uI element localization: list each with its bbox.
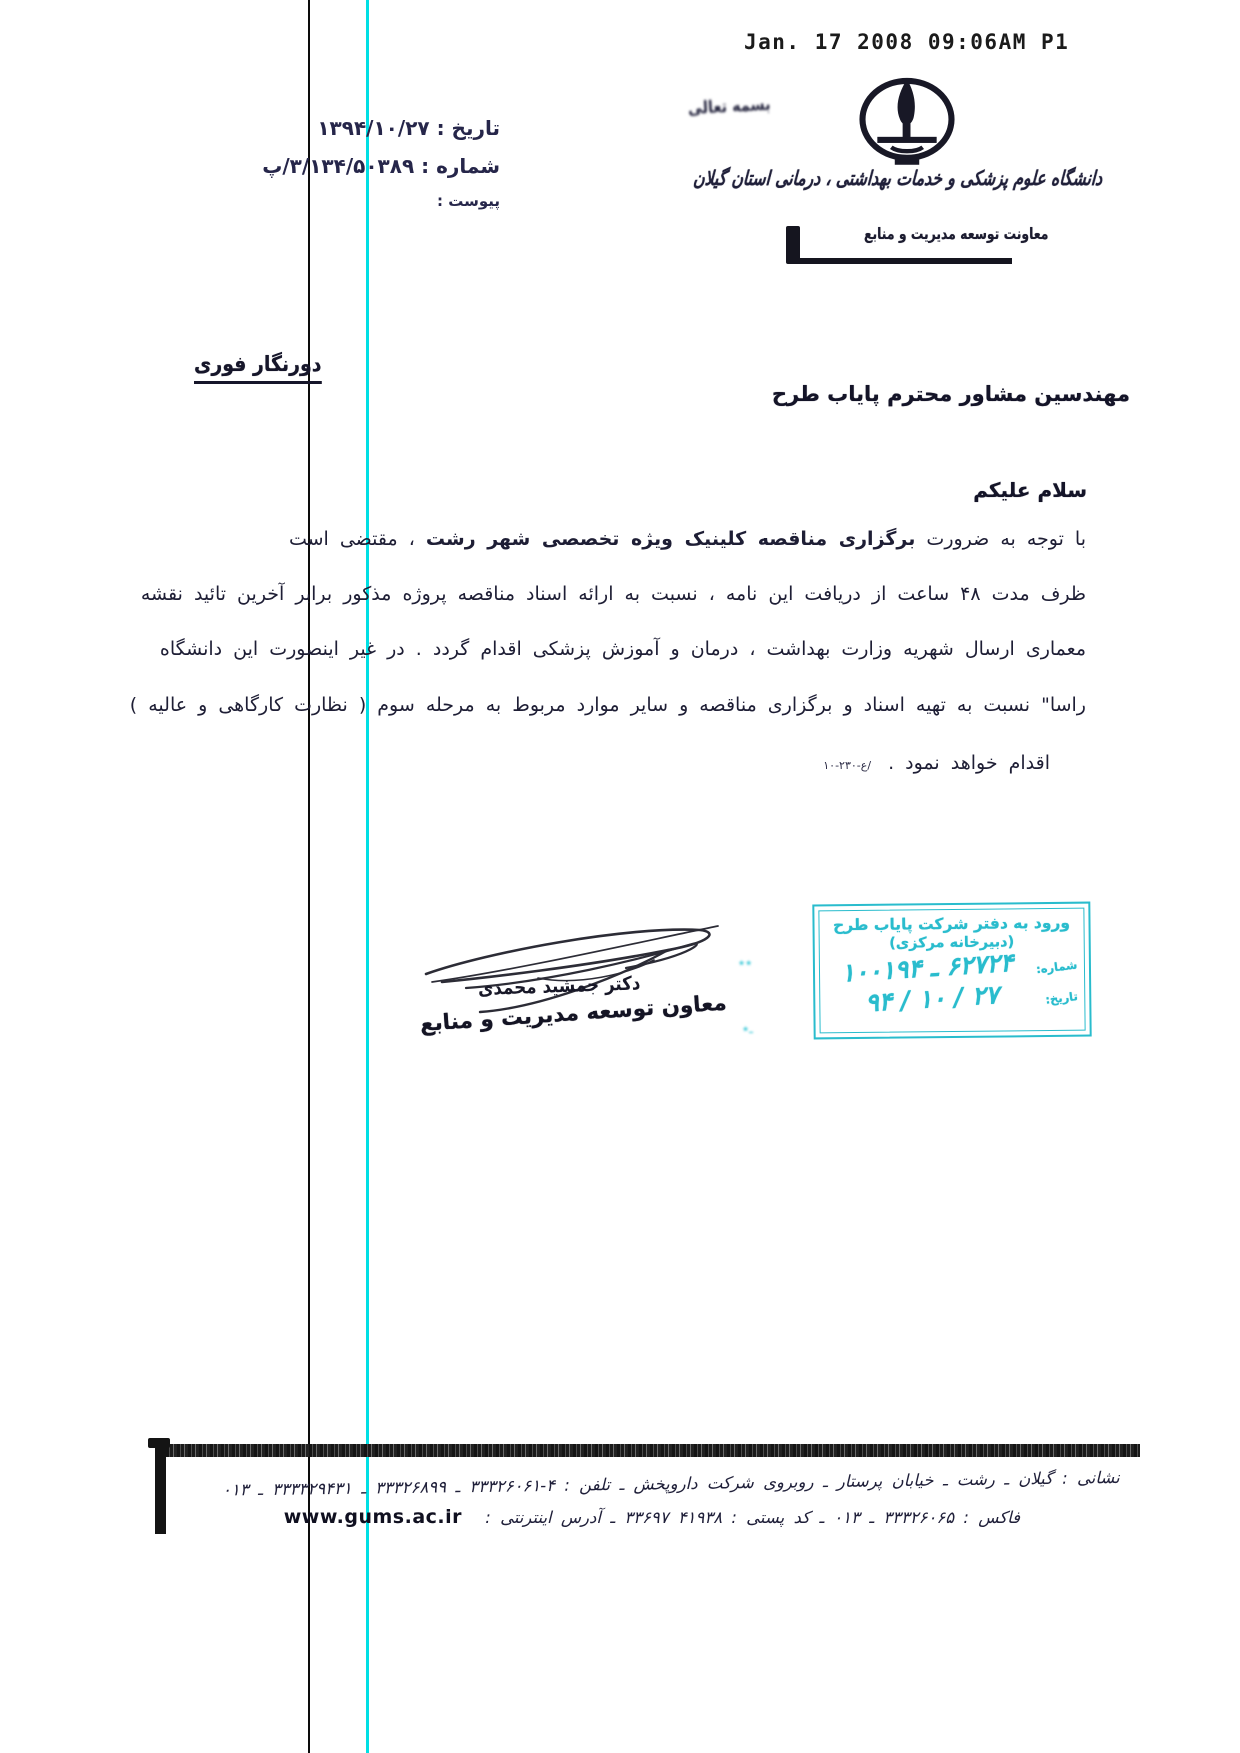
university-emblem-logo bbox=[854, 74, 960, 174]
salutation-line: سلام علیکم bbox=[973, 478, 1087, 502]
body-line-1-bold: برگزاری مناقصه کلینیک ویژه تخصصی شهر رشت bbox=[426, 528, 916, 550]
body-line-4: راسا" نسبت به تهیه اسناد و برگزاری مناقص… bbox=[130, 694, 1086, 716]
stamp-number-label: شماره: bbox=[1035, 957, 1078, 976]
letter-attachment-row: پیوست : bbox=[262, 192, 500, 210]
receipt-stamp: ورود به دفتر شرکت پایاب طرح (دبیرخانه مر… bbox=[812, 902, 1091, 1040]
body-line-5: اقدام خواهد نمود . /ع-۲۳۰-۱۰ bbox=[823, 752, 1050, 774]
letter-date-row: تاریخ : ۱۳۹۴/۱۰/۲۷ bbox=[262, 116, 500, 140]
scanned-fax-letter: Jan. 17 2008 09:06AM P1 بسمه تعالی دانشگ… bbox=[0, 0, 1240, 1753]
recipient-line: مهندسین مشاور محترم پایاب طرح bbox=[772, 382, 1130, 406]
footer-website: www.gums.ac.ir bbox=[284, 1506, 462, 1528]
stamp-line-2: (دبیرخانه مرکزی) bbox=[827, 934, 1077, 953]
body-line-1-post: ، مقتضی است bbox=[289, 528, 426, 550]
footer-bracket-hook bbox=[148, 1438, 170, 1448]
attachment-label: پیوست : bbox=[437, 192, 500, 210]
footer-bracket-vertical bbox=[155, 1444, 166, 1534]
body-line-1-pre: با توجه به ضرورت bbox=[915, 528, 1086, 550]
footer-contact-line: فاکس : ۳۳۳۲۶۰۶۵ ـ ۰۱۳ ـ کد پستی : ۴۱۹۳۸ … bbox=[284, 1506, 1020, 1528]
date-value: ۱۳۹۴/۱۰/۲۷ bbox=[317, 116, 429, 140]
fax-timestamp: Jan. 17 2008 09:06AM P1 bbox=[744, 30, 1069, 54]
body-line-2: ظرف مدت ۴۸ ساعت از دریافت این نامه ، نسب… bbox=[141, 583, 1086, 605]
letter-meta-block: تاریخ : ۱۳۹۴/۱۰/۲۷ شماره : پ/۳/۱۳۴/۵۰۳۸۹… bbox=[262, 116, 500, 224]
footer-fax-postal: فاکس : ۳۳۳۲۶۰۶۵ ـ ۰۱۳ ـ کد پستی : ۴۱۹۳۸ … bbox=[485, 1508, 1020, 1527]
stamp-line-1: ورود به دفتر شرکت پایاب طرح bbox=[826, 914, 1076, 935]
number-label: شماره : bbox=[421, 154, 500, 178]
urgent-fax-note: دورنگار فوری bbox=[194, 352, 321, 384]
stamp-ink-smudge-1: ٭٭ bbox=[738, 956, 752, 971]
footer-rule-smudge bbox=[155, 1444, 1140, 1457]
letterhead-bracket-horizontal bbox=[788, 258, 1012, 264]
body-line-5-text: اقدام خواهد نمود . bbox=[888, 752, 1050, 774]
typist-code: /ع-۲۳۰-۱۰ bbox=[823, 759, 871, 772]
date-label: تاریخ : bbox=[437, 116, 500, 140]
number-value: پ/۳/۱۳۴/۵۰۳۸۹ bbox=[262, 154, 414, 178]
department-name: معاونت توسعه مدیریت و منابع bbox=[864, 225, 1048, 243]
stamp-number-row: شماره: ۱۰۰۱۹۴ ـ ۶۲۷۲۴ bbox=[827, 952, 1077, 984]
stamp-date-row: تاریخ: ۹۴ / ۱۰ / ۲۷ bbox=[827, 983, 1077, 1015]
body-line-1: با توجه به ضرورت برگزاری مناقصه کلینیک و… bbox=[289, 528, 1086, 550]
stamp-date-label: تاریخ: bbox=[1044, 989, 1078, 1007]
footer-address-line: نشانی : گیلان ـ رشت ـ خیابان پرستار ـ رو… bbox=[222, 1468, 1120, 1500]
bismillah-smudge: بسمه تعالی bbox=[687, 95, 771, 119]
stamp-ink-smudge-2: ـ٭ bbox=[742, 1022, 753, 1037]
university-emblem-icon bbox=[854, 74, 960, 170]
body-line-3: معماری ارسال شهریه وزارت بهداشت ، درمان … bbox=[160, 638, 1086, 660]
university-name: دانشگاه علوم پزشکی و خدمات بهداشتی ، درم… bbox=[692, 166, 1103, 190]
letter-number-row: شماره : پ/۳/۱۳۴/۵۰۳۸۹ bbox=[262, 154, 500, 178]
